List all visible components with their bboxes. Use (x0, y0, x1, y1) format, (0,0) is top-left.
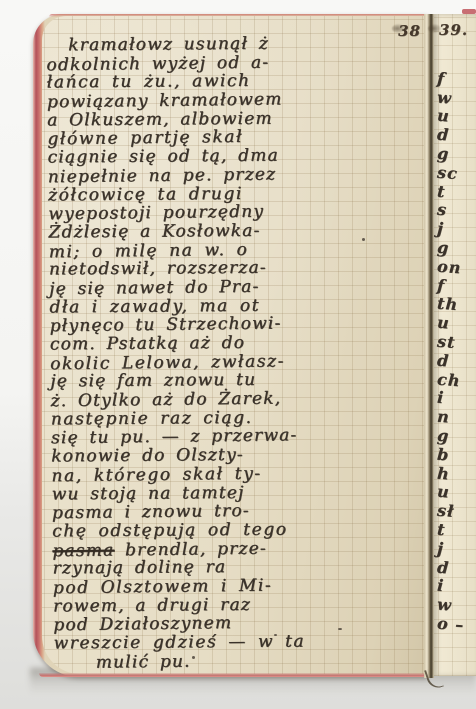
handwriting-line: konowie do Olszty- (51, 445, 426, 467)
handwriting-line: następnie raz ciąg. (51, 407, 426, 429)
handwriting-line: rowem, a drugi raz (53, 594, 427, 616)
ink-speck (274, 634, 277, 636)
handwriting-fragment (436, 633, 476, 654)
handwriting-line: żółcowicę ta drugi (48, 183, 423, 205)
ink-speck (294, 644, 296, 646)
book-gutter (424, 14, 434, 678)
handwriting-fragment: o – (436, 615, 476, 636)
ink-speck (362, 238, 365, 241)
handwriting-line: kramałowz usunął ż (46, 34, 421, 56)
ink-speck (192, 656, 195, 659)
handwriting-line: nietodswił, rozszerza- (49, 258, 424, 280)
handwriting-line: Żdżlesię a Kosłowka- (48, 220, 423, 242)
page-number-39: 39. (439, 21, 468, 39)
notebook-page-38: 38 kramałowz usunął żodkolnich wyżej od … (42, 16, 427, 674)
handwriting-line: rzynają dolinę ra (53, 557, 427, 579)
handwriting-line: com. Pstatką aż do (50, 333, 425, 355)
handwriting-line: dła i zawady, ma ot (49, 295, 424, 317)
notebook-page-39: 39. fwudgsctsjgonfthustdchingbhusłtjdiwo… (434, 14, 476, 676)
handwriting-line: łańca tu żu., awich (47, 71, 422, 93)
ink-speck (338, 628, 342, 630)
handwriting-line: wreszcie gdzieś — w ta (53, 632, 427, 654)
handwriting-fragments: fwudgsctsjgonfthustdchingbhusłtjdiwo – (437, 52, 476, 654)
handwriting-line: chę odstępują od tego (52, 519, 427, 541)
handwriting-lines: kramałowz usunął żodkolnich wyżej od a-ł… (46, 33, 427, 673)
notebook-photo: 38 kramałowz usunął żodkolnich wyżej od … (0, 0, 476, 709)
left-page-edge-stack: 38 kramałowz usunął żodkolnich wyżej od … (33, 14, 427, 677)
handwriting-line: wu stoją na tamtej (52, 482, 427, 504)
handwriting-line: ję się fam znowu tu (50, 370, 425, 392)
handwriting-line: ciągnie się od tą, dma (48, 146, 423, 168)
handwriting-line: a Olkuszem, albowiem (47, 108, 422, 130)
